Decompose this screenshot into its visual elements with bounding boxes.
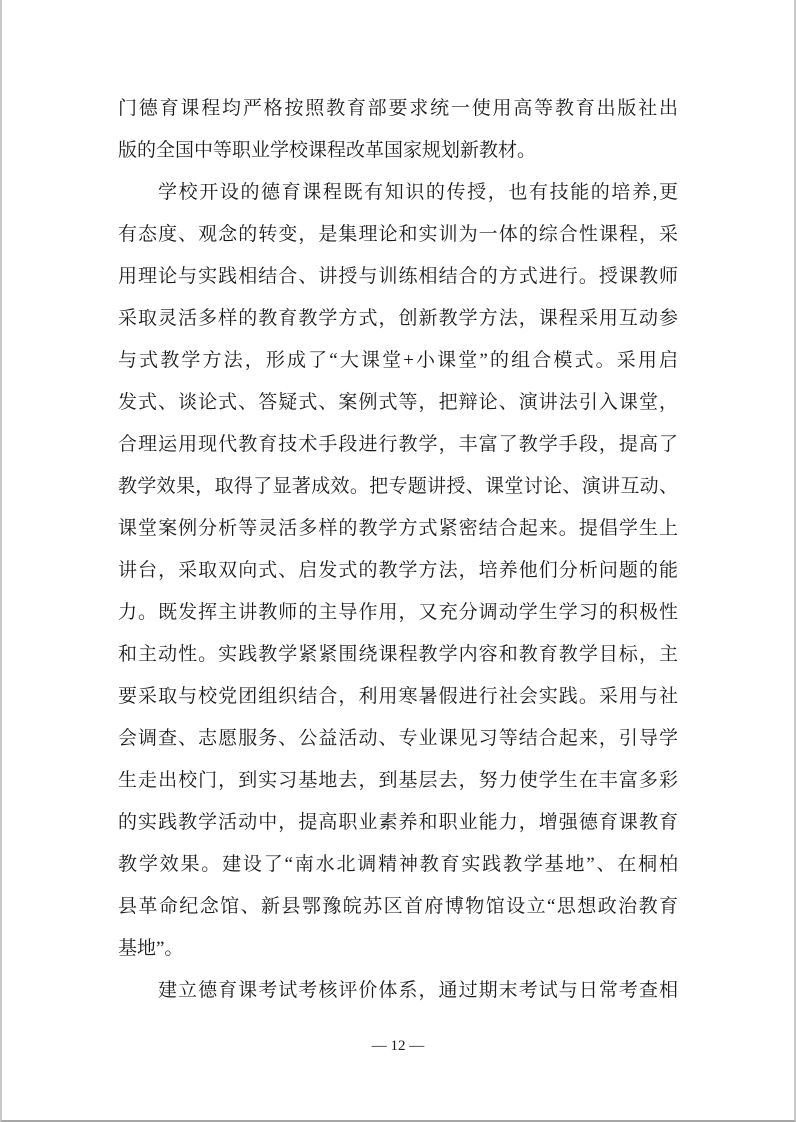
text-line: 发式、谈论式、答疑式、案例式等，把辩论、演讲法引入课堂， [118,382,678,424]
document-page: 门德育课程均严格按照教育部要求统一使用高等教育出版社出版的全国中等职业学校课程改… [0,0,796,1122]
document-lines: 门德育课程均严格按照教育部要求统一使用高等教育出版社出版的全国中等职业学校课程改… [118,88,678,1012]
text-line: 建立德育课考试考核评价体系，通过期末考试与日常考查相 [118,970,678,1012]
text-line: 县革命纪念馆、新县鄂豫皖苏区首府博物馆设立“思想政治教育 [118,886,678,928]
text-line: 有态度、观念的转变，是集理论和实训为一体的综合性课程，采 [118,214,678,256]
page-footer: — 12 — [2,1036,794,1056]
text-line: 的实践教学活动中，提高职业素养和职业能力，增强德育课教育 [118,802,678,844]
text-line: 要采取与校党团组织结合，利用寒暑假进行社会实践。采用与社 [118,676,678,718]
text-line: 和主动性。实践教学紧紧围绕课程教学内容和教育教学目标，主 [118,634,678,676]
text-line: 生走出校门，到实习基地去，到基层去，努力使学生在丰富多彩 [118,760,678,802]
text-line: 用理论与实践相结合、讲授与训练相结合的方式进行。授课教师 [118,256,678,298]
text-line: 教学效果，取得了显著成效。把专题讲授、课堂讨论、演讲互动、 [118,466,678,508]
text-line: 与式教学方法，形成了“大课堂+小课堂”的组合模式。采用启 [118,340,678,382]
text-line: 门德育课程均严格按照教育部要求统一使用高等教育出版社出 [118,88,678,130]
text-line: 教学效果。建设了“南水北调精神教育实践教学基地”、在桐柏 [118,844,678,886]
text-line: 采取灵活多样的教育教学方式，创新教学方法，课程采用互动参 [118,298,678,340]
text-line: 会调查、志愿服务、公益活动、专业课见习等结合起来，引导学 [118,718,678,760]
text-line: 讲台，采取双向式、启发式的教学方法，培养他们分析问题的能 [118,550,678,592]
text-line: 学校开设的德育课程既有知识的传授，也有技能的培养,更 [118,172,678,214]
text-line: 课堂案例分析等灵活多样的教学方式紧密结合起来。提倡学生上 [118,508,678,550]
page-number: — 12 — [372,1038,425,1054]
text-line: 力。既发挥主讲教师的主导作用，又充分调动学生学习的积极性 [118,592,678,634]
text-line: 版的全国中等职业学校课程改革国家规划新教材。 [118,130,678,172]
text-line: 基地”。 [118,928,678,970]
text-line: 合理运用现代教育技术手段进行教学，丰富了教学手段，提高了 [118,424,678,466]
